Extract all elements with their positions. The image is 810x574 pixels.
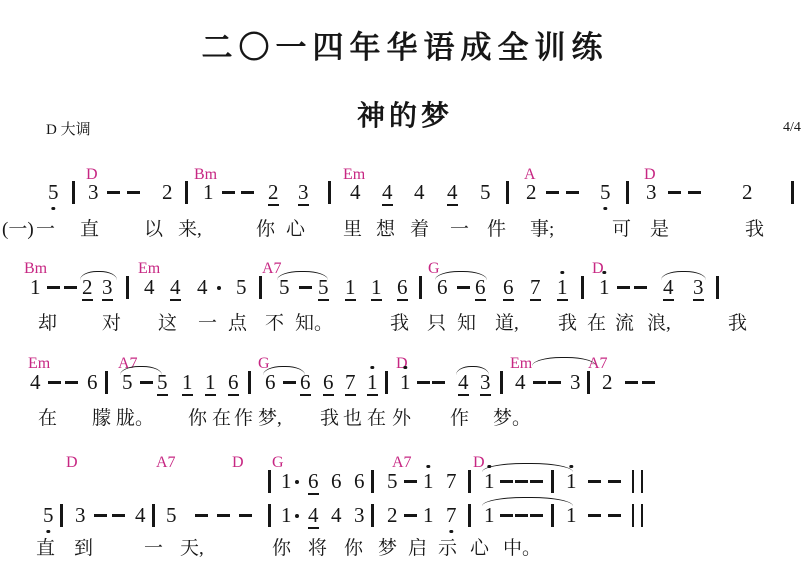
note: 5 bbox=[236, 276, 247, 298]
note: 2 bbox=[268, 181, 279, 206]
note: 1 bbox=[203, 181, 214, 203]
lyric: 来, bbox=[178, 219, 202, 241]
note: 7 bbox=[446, 470, 457, 492]
final-barline bbox=[632, 470, 643, 493]
lyric: 心 bbox=[286, 219, 305, 241]
dotted-note-dot bbox=[295, 480, 299, 484]
lyric: 一 bbox=[36, 219, 55, 241]
note: 1 bbox=[400, 371, 411, 393]
duration-dash bbox=[642, 381, 655, 384]
lyric: 天, bbox=[180, 538, 204, 560]
barline bbox=[126, 276, 129, 299]
lyric: 中。 bbox=[503, 538, 541, 560]
note: 4 bbox=[414, 181, 425, 203]
lyric: 点 bbox=[228, 313, 247, 335]
duration-dash bbox=[688, 191, 701, 194]
key-signature: D 大调 bbox=[46, 118, 91, 139]
duration-dash bbox=[530, 480, 543, 483]
duration-dash bbox=[48, 381, 61, 384]
slur-tie-arc bbox=[456, 366, 489, 375]
lyric: 在 bbox=[367, 408, 386, 430]
duration-dash bbox=[217, 514, 230, 517]
note: 1 bbox=[345, 276, 356, 301]
barline bbox=[371, 470, 374, 493]
lyric: 是 bbox=[650, 219, 669, 241]
lyric: 流 bbox=[615, 313, 634, 335]
lyric: 在 bbox=[38, 408, 57, 430]
duration-dash bbox=[65, 381, 78, 384]
time-signature: 4/4 bbox=[783, 120, 801, 136]
lyric: 梦 bbox=[378, 538, 397, 560]
duration-dash bbox=[546, 191, 559, 194]
lyric: 不 bbox=[265, 313, 284, 335]
duration-dash bbox=[530, 514, 543, 517]
slur-tie-arc bbox=[277, 271, 328, 280]
note: 7 bbox=[345, 371, 356, 396]
lyric: 朦 bbox=[92, 408, 111, 430]
score-sheet: 二〇一四年华语成全训练 神的梦 D 大调 4/4 DBmEmAD53212344… bbox=[0, 0, 810, 574]
barline bbox=[152, 504, 155, 527]
slur-tie-arc bbox=[120, 366, 162, 375]
duration-dash bbox=[404, 514, 417, 517]
note: 6 bbox=[228, 371, 239, 396]
duration-dash bbox=[64, 286, 77, 289]
note: 4 bbox=[308, 504, 319, 529]
duration-dash bbox=[548, 381, 561, 384]
barline bbox=[105, 371, 108, 394]
note: 4 bbox=[515, 371, 526, 393]
note: 7 bbox=[530, 276, 541, 301]
note: 7 bbox=[446, 504, 457, 526]
lyric: 对 bbox=[102, 313, 121, 335]
duration-dash bbox=[457, 286, 470, 289]
lyric: 却 bbox=[38, 313, 57, 335]
lyric: 梦。 bbox=[493, 408, 531, 430]
note: 3 bbox=[646, 181, 657, 203]
lyric: 我 bbox=[558, 313, 577, 335]
song-title: 神的梦 bbox=[0, 94, 810, 134]
note: 4 bbox=[382, 181, 393, 206]
duration-dash bbox=[668, 191, 681, 194]
note: 4 bbox=[144, 276, 155, 298]
note: 5 bbox=[43, 504, 54, 526]
note: 1 bbox=[367, 371, 378, 396]
duration-dash bbox=[500, 514, 513, 517]
barline bbox=[259, 276, 262, 299]
note: 3 bbox=[88, 181, 99, 203]
lyric: (一) bbox=[2, 219, 34, 241]
dotted-note-dot bbox=[295, 514, 299, 518]
note: 4 bbox=[170, 276, 181, 301]
barline bbox=[626, 181, 629, 204]
duration-dash bbox=[299, 286, 312, 289]
duration-dash bbox=[515, 514, 528, 517]
barline bbox=[60, 504, 63, 527]
barline bbox=[385, 371, 388, 394]
lyric: 可 bbox=[612, 219, 631, 241]
duration-dash bbox=[140, 381, 153, 384]
lyric: 着 bbox=[410, 219, 429, 241]
lyric: 到 bbox=[74, 538, 93, 560]
note: 4 bbox=[197, 276, 208, 298]
lyric: 只 bbox=[427, 313, 446, 335]
lyric: 心 bbox=[470, 538, 489, 560]
duration-dash bbox=[432, 381, 445, 384]
slur-tie-arc bbox=[532, 357, 596, 366]
lyric: 直 bbox=[36, 538, 55, 560]
note: 1 bbox=[566, 470, 577, 492]
lyric: 知 bbox=[457, 313, 476, 335]
lyric: 你 bbox=[188, 408, 207, 430]
lyric: 浪, bbox=[647, 313, 671, 335]
lyric: 以 bbox=[144, 219, 163, 241]
barline bbox=[419, 276, 422, 299]
duration-dash bbox=[283, 381, 296, 384]
note: 4 bbox=[447, 181, 458, 206]
duration-dash bbox=[404, 480, 417, 483]
lyric: 在 bbox=[212, 408, 231, 430]
lyric: 件 bbox=[487, 219, 506, 241]
note: 6 bbox=[308, 470, 319, 495]
duration-dash bbox=[222, 191, 235, 194]
duration-dash bbox=[533, 381, 546, 384]
note: 2 bbox=[742, 181, 753, 203]
note: 1 bbox=[371, 276, 382, 301]
duration-dash bbox=[566, 191, 579, 194]
barline bbox=[185, 181, 188, 204]
note: 1 bbox=[423, 504, 434, 526]
barline bbox=[716, 276, 719, 299]
lyric: 一 bbox=[450, 219, 469, 241]
note: 3 bbox=[75, 504, 86, 526]
lyric: 我 bbox=[728, 313, 747, 335]
duration-dash bbox=[107, 191, 120, 194]
barline bbox=[551, 504, 554, 527]
note: 5 bbox=[48, 181, 59, 203]
note: 4 bbox=[350, 181, 361, 203]
duration-dash bbox=[195, 514, 208, 517]
note: 2 bbox=[602, 371, 613, 393]
lyric: 你 bbox=[344, 538, 363, 560]
duration-dash bbox=[417, 381, 430, 384]
note: 1 bbox=[281, 470, 292, 492]
slur-tie-arc bbox=[80, 271, 117, 280]
note: 6 bbox=[331, 470, 342, 492]
note: 5 bbox=[600, 181, 611, 203]
barline bbox=[506, 181, 509, 204]
dotted-note-dot bbox=[217, 286, 221, 290]
duration-dash bbox=[625, 381, 638, 384]
note: 1 bbox=[423, 470, 434, 492]
barline bbox=[72, 181, 75, 204]
slur-tie-arc bbox=[661, 271, 706, 280]
note: 5 bbox=[387, 470, 398, 492]
duration-dash bbox=[239, 514, 252, 517]
lyric: 也 bbox=[343, 408, 362, 430]
note: 6 bbox=[503, 276, 514, 301]
duration-dash bbox=[588, 480, 601, 483]
note: 1 bbox=[30, 276, 41, 298]
lyric: 我 bbox=[745, 219, 764, 241]
note: 3 bbox=[298, 181, 309, 206]
note: 6 bbox=[354, 470, 365, 492]
note: 1 bbox=[182, 371, 193, 396]
duration-dash bbox=[112, 514, 125, 517]
lyric: 直 bbox=[80, 219, 99, 241]
lyric: 胧。 bbox=[116, 408, 154, 430]
chord-label: D bbox=[232, 454, 244, 472]
lyric: 你 bbox=[256, 219, 275, 241]
lyric: 我 bbox=[320, 408, 339, 430]
note: 1 bbox=[281, 504, 292, 526]
lyric: 道, bbox=[495, 313, 519, 335]
lyric: 在 bbox=[587, 313, 606, 335]
barline bbox=[551, 470, 554, 493]
note: 6 bbox=[397, 276, 408, 301]
lyric: 外 bbox=[392, 408, 411, 430]
barline bbox=[500, 371, 503, 394]
chord-label: A7 bbox=[156, 454, 176, 472]
barline bbox=[468, 470, 471, 493]
duration-dash bbox=[127, 191, 140, 194]
note: 1 bbox=[566, 504, 577, 526]
lyric: 一 bbox=[198, 313, 217, 335]
lyric: 事; bbox=[530, 219, 554, 241]
lyric: 作 bbox=[450, 408, 469, 430]
note: 2 bbox=[526, 181, 537, 203]
note: 3 bbox=[570, 371, 581, 393]
note: 3 bbox=[354, 504, 365, 526]
lyric: 你 bbox=[272, 538, 291, 560]
note: 5 bbox=[166, 504, 177, 526]
duration-dash bbox=[515, 480, 528, 483]
lyric: 梦, bbox=[258, 408, 282, 430]
note: 6 bbox=[323, 371, 334, 396]
slur-tie-arc bbox=[482, 497, 573, 506]
note: 1 bbox=[484, 470, 495, 492]
lyric: 将 bbox=[308, 538, 327, 560]
note: 4 bbox=[30, 371, 41, 393]
note: 1 bbox=[599, 276, 610, 298]
barline bbox=[268, 504, 271, 527]
duration-dash bbox=[634, 286, 647, 289]
lyric: 我 bbox=[390, 313, 409, 335]
duration-dash bbox=[588, 514, 601, 517]
duration-dash bbox=[241, 191, 254, 194]
lyric: 示 bbox=[438, 538, 457, 560]
slur-tie-arc bbox=[482, 463, 573, 472]
note: 1 bbox=[484, 504, 495, 526]
slur-tie-arc bbox=[435, 271, 487, 280]
barline bbox=[371, 504, 374, 527]
barline bbox=[328, 181, 331, 204]
note: 5 bbox=[480, 181, 491, 203]
lyric: 启 bbox=[408, 538, 427, 560]
lyric: 里 bbox=[343, 219, 362, 241]
lyric: 知。 bbox=[295, 313, 333, 335]
slur-tie-arc bbox=[263, 366, 305, 375]
lyric: 作 bbox=[234, 408, 253, 430]
duration-dash bbox=[608, 514, 621, 517]
duration-dash bbox=[47, 286, 60, 289]
note: 4 bbox=[331, 504, 342, 526]
barline bbox=[468, 504, 471, 527]
duration-dash bbox=[608, 480, 621, 483]
barline bbox=[791, 181, 794, 204]
note: 2 bbox=[387, 504, 398, 526]
duration-dash bbox=[617, 286, 630, 289]
lyric: 一 bbox=[144, 538, 163, 560]
lyric: 这 bbox=[158, 313, 177, 335]
note: 6 bbox=[87, 371, 98, 393]
barline bbox=[587, 371, 590, 394]
duration-dash bbox=[94, 514, 107, 517]
lyric: 想 bbox=[376, 219, 395, 241]
note: 4 bbox=[135, 504, 146, 526]
final-barline bbox=[632, 504, 643, 527]
note: 2 bbox=[162, 181, 173, 203]
barline bbox=[248, 371, 251, 394]
song-event-title: 二〇一四年华语成全训练 bbox=[0, 22, 810, 67]
duration-dash bbox=[500, 480, 513, 483]
barline bbox=[581, 276, 584, 299]
note: 1 bbox=[557, 276, 568, 301]
barline bbox=[268, 470, 271, 493]
chord-label: D bbox=[66, 454, 78, 472]
note: 1 bbox=[205, 371, 216, 396]
